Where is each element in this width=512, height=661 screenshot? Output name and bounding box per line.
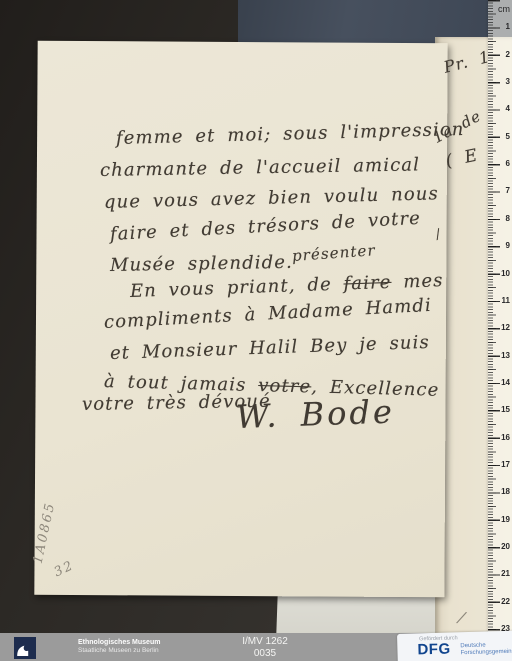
ruler-number: 14 (501, 379, 510, 387)
dfg-funding-card: Gefördert durch DFG Deutsche Forschungsg… (397, 631, 512, 661)
reference-page: 0035 (200, 648, 330, 660)
letter-page (34, 41, 447, 597)
ruler-number: 5 (506, 133, 510, 141)
institution-name: Ethnologisches Museum (78, 638, 160, 647)
ruler-number: 10 (501, 270, 510, 278)
ruler-number: 8 (506, 215, 510, 223)
dfg-logo: DFG (417, 641, 451, 659)
ruler-number: 3 (506, 78, 510, 86)
ruler-number: 22 (501, 598, 510, 606)
ruler-number: 17 (501, 461, 510, 469)
ruler-number: 21 (501, 570, 510, 578)
footer-bar: Ethnologisches Museum Staatliche Museen … (0, 633, 512, 661)
reference-signature: I/MV 1262 (200, 636, 330, 648)
ruler-number: 1 (506, 23, 510, 31)
reference-number: I/MV 1262 0035 (200, 636, 330, 660)
ruler-number: 11 (502, 297, 510, 305)
museum-logo-icon (14, 637, 36, 659)
ruler-number: 9 (506, 242, 510, 250)
ruler-number: 18 (501, 488, 510, 496)
ruler-number: 2 (506, 51, 510, 59)
ruler-number: 20 (501, 543, 510, 551)
archival-scan: femme et moi; sous l'impressioncharmante… (0, 0, 512, 661)
ruler-number: 19 (501, 516, 510, 524)
ruler-number: 4 (506, 105, 510, 113)
cm-ruler: cm 1234567891011121314151617181920212223 (488, 0, 512, 634)
ruler-number: 16 (501, 434, 510, 442)
ruler-cm-ticks (488, 0, 500, 634)
dfg-name: Deutsche Forschungsgemeinschaft (460, 641, 512, 657)
ruler-number: 13 (501, 352, 510, 360)
ruler-unit-label: cm (498, 5, 510, 14)
institution-subtitle: Staatliche Museen zu Berlin (78, 647, 160, 655)
ruler-number: 15 (501, 406, 510, 414)
dfg-name-line2: Forschungsgemeinschaft (460, 648, 512, 657)
institution-block: Ethnologisches Museum Staatliche Museen … (78, 638, 160, 655)
ruler-number: 12 (501, 324, 510, 332)
ruler-number: 6 (506, 160, 510, 168)
ruler-number: 7 (506, 187, 510, 195)
underlying-sheet (276, 594, 449, 634)
